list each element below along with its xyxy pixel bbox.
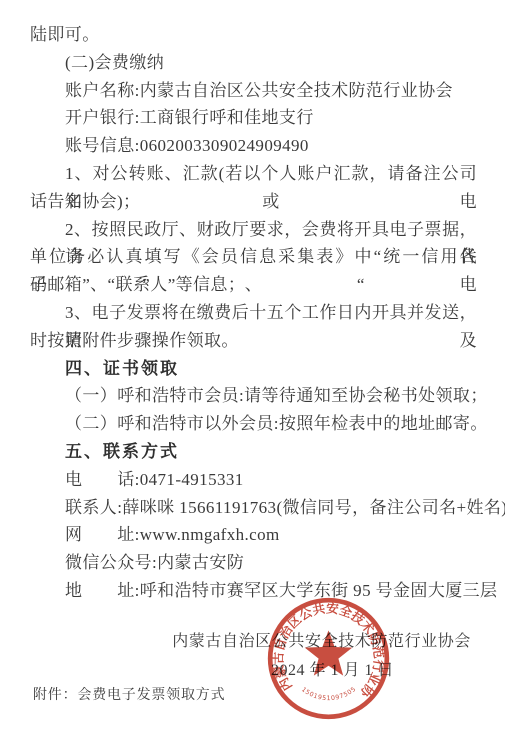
item1-line1: 1、对公转账、汇款(若以个人账户汇款，请备注公司名或电 [30,160,477,188]
bank-name: 开户银行:工商银行呼和佳地支行 [30,104,477,132]
contact-wechat: 微信公众号:内蒙古安防 [30,549,477,577]
section4-item1: （一）呼和浩特市会员:请等待通知至协会秘书处领取； [30,382,477,410]
seal-star-icon [305,630,353,675]
contact-person: 联系人:薛咪咪 15661191763(微信同号，备注公司名+姓名) [30,494,477,522]
svg-text:1501951097505: 1501951097505 [300,686,358,703]
section4-heading: 四、证书领取 [30,355,477,383]
attachment-note: 附件：会费电子发票领取方式 [33,684,225,704]
document-body: 陆即可。 (二)会费缴纳 账户名称:内蒙古自治区公共安全技术防范行业协会 开户银… [30,21,477,605]
contact-website: 网 址:www.nmgafxh.com [30,521,477,549]
item2-line2: 单位务必认真填写《会员信息采集表》中“统一信用代码”、“电 [30,243,477,271]
contact-address: 地 址:呼和浩特市赛罕区大学东街 95 号金固大厦三层 [30,577,477,605]
item3-line1: 3、电子发票将在缴费后十五个工作日内开具并发送，请及 [30,299,477,327]
account-number: 账号信息:0602003309024909490 [30,132,477,160]
document-page: 陆即可。 (二)会费缴纳 账户名称:内蒙古自治区公共安全技术防范行业协会 开户银… [0,0,505,730]
section4-item2: （二）呼和浩特市以外会员:按照年检表中的地址邮寄。 [30,410,477,438]
official-seal: 内蒙古自治区公共安全技术防范行业协会 1501951097505 [266,596,391,721]
account-name: 账户名称:内蒙古自治区公共安全技术防范行业协会 [30,77,477,105]
paragraph-continuation: 陆即可。 [30,21,477,49]
subsection-fee-payment: (二)会费缴纳 [30,49,477,77]
contact-phone: 电 话:0471-4915331 [30,466,477,494]
section5-heading: 五、联系方式 [30,438,477,466]
seal-code: 1501951097505 [300,686,358,703]
item2-line1: 2、按照民政厅、财政厅要求，会费将开具电子票据，请各 [30,216,477,244]
